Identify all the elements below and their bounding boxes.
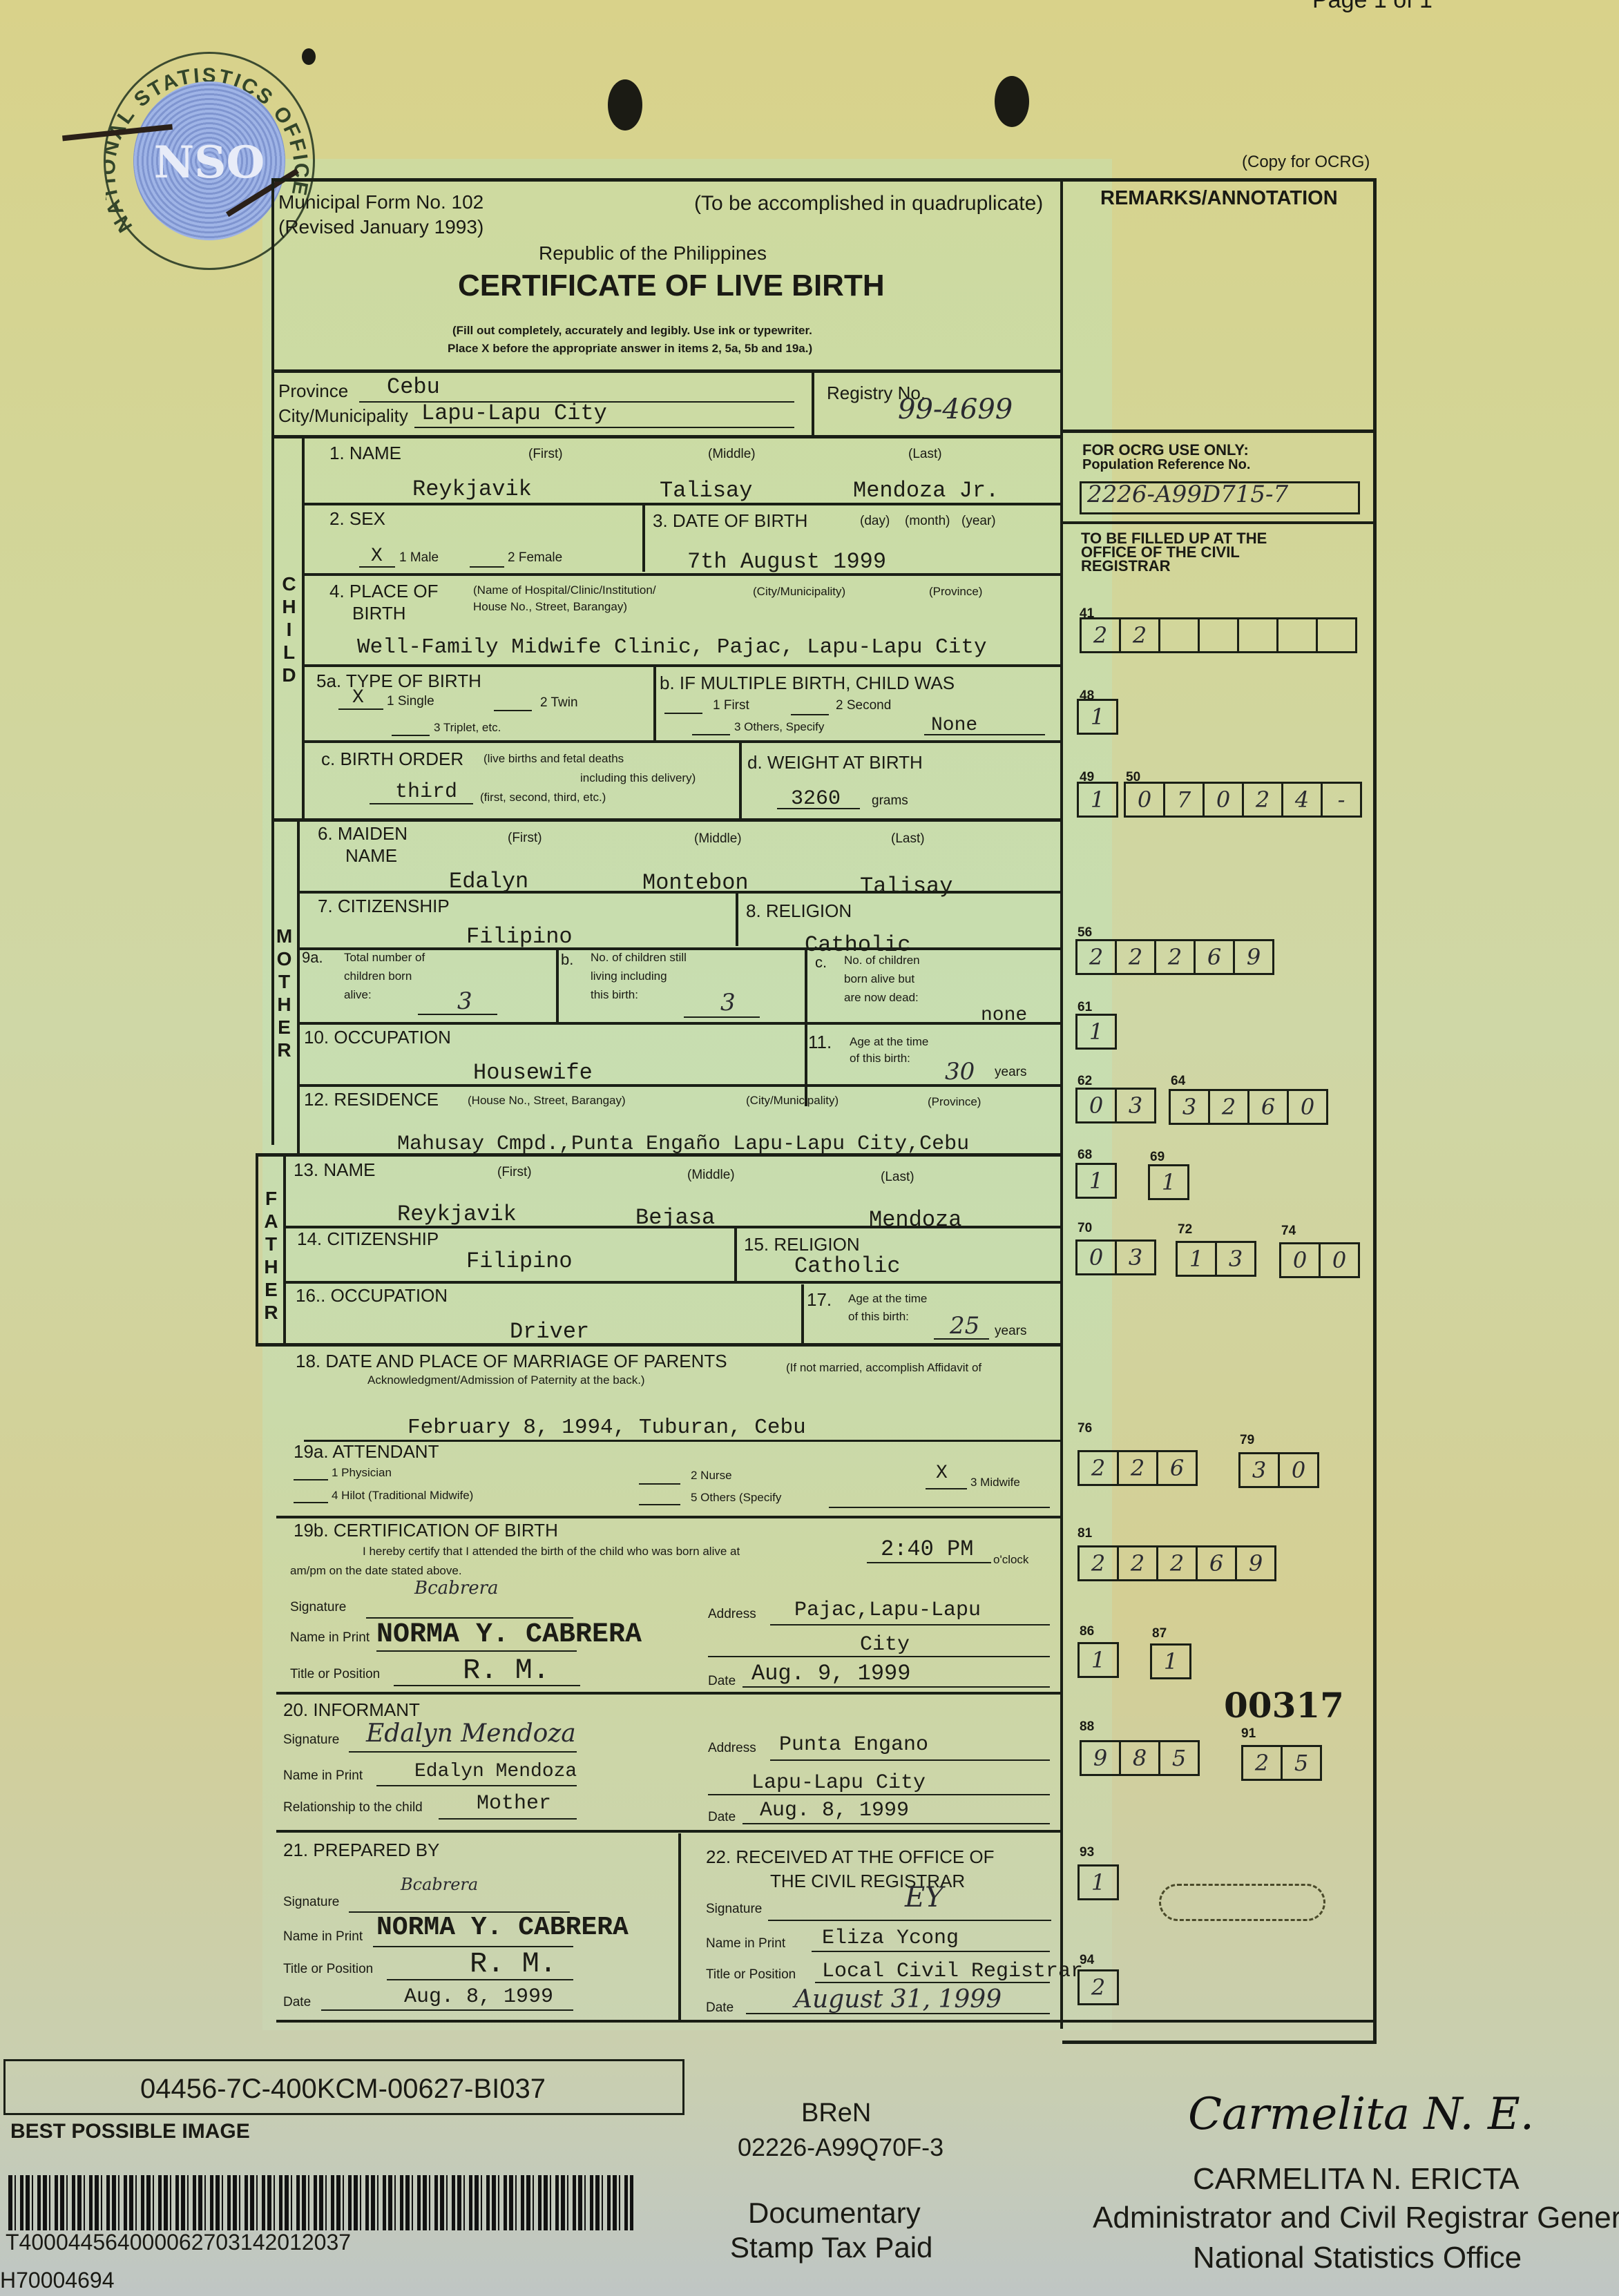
birth-order-value: third bbox=[395, 780, 457, 804]
instructions-line-1: (Fill out completely, accurately and leg… bbox=[452, 325, 812, 338]
underline bbox=[812, 1951, 1050, 1952]
divider bbox=[276, 1692, 1062, 1695]
form-revised: (Revised January 1993) bbox=[278, 217, 483, 238]
child-middle-name: Talisay bbox=[660, 478, 752, 503]
seal-logo: NSO bbox=[133, 137, 285, 189]
code-49-boxes: 1 bbox=[1079, 782, 1118, 818]
preparer-title-label: Title or Position bbox=[283, 1962, 373, 1977]
multiple-others-option: 3 Others, Specify bbox=[734, 721, 824, 734]
code-86-boxes: 1 bbox=[1080, 1642, 1119, 1678]
total-born-value: 3 bbox=[457, 987, 472, 1015]
code-64-boxes: 3260 bbox=[1171, 1089, 1328, 1125]
remarks-title: REMARKS/ANNOTATION bbox=[1100, 188, 1338, 210]
attendant-midwife-option: 3 Midwife bbox=[970, 1476, 1020, 1489]
registrar-general-signature: Carmelita N. E. bbox=[1188, 2089, 1534, 2140]
marriage-hint-1: (If not married, accomplish Affidavit of bbox=[786, 1362, 981, 1375]
underline bbox=[418, 1014, 497, 1015]
divider bbox=[739, 740, 742, 818]
total-born-text-3: alive: bbox=[344, 989, 372, 1002]
birth-order-hint-1: (live births and fetal deaths bbox=[483, 753, 624, 766]
stamp-tax-line-1: Documentary bbox=[748, 2197, 921, 2229]
underline bbox=[321, 2009, 573, 2011]
sex-male-option: 1 Male bbox=[399, 551, 439, 566]
divider bbox=[1062, 521, 1374, 524]
divider bbox=[256, 1343, 1062, 1347]
type-twin-option: 2 Twin bbox=[540, 696, 578, 711]
fill-up-note: TO BE FILLED UP AT THE OFFICE OF THE CIV… bbox=[1081, 532, 1267, 573]
seal-emblem: NSO bbox=[133, 81, 285, 240]
code-76-label: 76 bbox=[1077, 1421, 1092, 1436]
receiver-signature: EY bbox=[905, 1882, 943, 1913]
copy-for-ocrg: (Copy for OCRG) bbox=[1242, 153, 1370, 171]
divider bbox=[642, 503, 645, 572]
code-91-label: 91 bbox=[1241, 1726, 1256, 1742]
code-81-boxes: 22269 bbox=[1080, 1545, 1276, 1581]
underline bbox=[366, 1617, 573, 1619]
form-top-border bbox=[271, 178, 1377, 182]
child-last-name: Mendoza Jr. bbox=[853, 478, 999, 503]
underline bbox=[746, 2013, 1050, 2014]
father-name-label: 13. NAME bbox=[294, 1160, 376, 1180]
underline bbox=[294, 1502, 328, 1503]
divider bbox=[653, 664, 656, 740]
code-62-label: 62 bbox=[1077, 1074, 1092, 1089]
code-68-label: 68 bbox=[1077, 1148, 1092, 1163]
underline bbox=[376, 1785, 577, 1786]
page-indicator: Page 1 of 1 bbox=[1312, 0, 1433, 13]
stamp-number: 00317 bbox=[1224, 1685, 1344, 1726]
divider bbox=[297, 947, 1062, 950]
preparer-title-value: R. M. bbox=[470, 1947, 557, 1980]
underline bbox=[867, 1562, 991, 1563]
form-number: Municipal Form No. 102 bbox=[278, 192, 483, 213]
underline bbox=[394, 1685, 580, 1686]
preparer-date-label: Date bbox=[283, 1996, 311, 2010]
code-79-boxes: 30 bbox=[1240, 1452, 1319, 1488]
section-divider bbox=[256, 1153, 1062, 1157]
attendant-address-label: Address bbox=[708, 1608, 756, 1622]
divider bbox=[297, 1084, 1062, 1087]
middle-header: (Middle) bbox=[708, 447, 756, 462]
marriage-label: 18. DATE AND PLACE OF MARRIAGE OF PARENT… bbox=[296, 1351, 727, 1371]
underline bbox=[692, 734, 730, 735]
attendant-title-value: R. M. bbox=[463, 1654, 550, 1687]
attendant-midwife-mark[interactable]: X bbox=[936, 1463, 948, 1484]
father-age-unit: years bbox=[995, 1324, 1026, 1339]
form-bottom-border bbox=[276, 2020, 1374, 2023]
code-93-boxes: 1 bbox=[1080, 1864, 1119, 1900]
preparer-signature-label: Signature bbox=[283, 1895, 339, 1910]
living-label: b. bbox=[561, 952, 573, 968]
attendant-title-label: Title or Position bbox=[290, 1668, 380, 1682]
birth-order-label: c. BIRTH ORDER bbox=[321, 749, 463, 769]
underline bbox=[376, 1650, 577, 1652]
dotted-stamp-mark bbox=[1159, 1884, 1325, 1921]
code-94-label: 94 bbox=[1080, 1953, 1094, 1968]
type-triplet-option: 3 Triplet, etc. bbox=[434, 722, 501, 735]
divider bbox=[812, 372, 814, 437]
type-single-option: 1 Single bbox=[387, 695, 434, 709]
section-label-mother: MOTHER bbox=[274, 925, 294, 1066]
divider bbox=[736, 891, 738, 946]
divider bbox=[271, 435, 1062, 438]
code-56-label: 56 bbox=[1077, 925, 1092, 940]
informant-address-label: Address bbox=[708, 1742, 756, 1756]
province-label: Province bbox=[278, 381, 348, 401]
pob-header-1: (Name of Hospital/Clinic/Institution/ bbox=[473, 584, 656, 597]
birth-order-hint-3: (first, second, third, etc.) bbox=[480, 791, 606, 804]
underline bbox=[791, 714, 829, 715]
underline bbox=[684, 1016, 760, 1018]
underline bbox=[926, 1488, 967, 1489]
city-value: Lapu-Lapu City bbox=[421, 401, 607, 426]
dob-day-header: (day) bbox=[860, 514, 890, 529]
father-occupation-value: Driver bbox=[510, 1319, 589, 1344]
underline bbox=[392, 735, 430, 736]
weight-value: 3260 bbox=[791, 787, 841, 811]
informant-date-label: Date bbox=[708, 1811, 736, 1825]
section-label-child: CHILD bbox=[278, 573, 299, 691]
remarks-bottom-border bbox=[1062, 2041, 1377, 2044]
attendant-address-value-1: Pajac,Lapu-Lapu bbox=[794, 1599, 981, 1622]
divider bbox=[805, 947, 807, 1106]
sex-male-mark[interactable]: X bbox=[371, 546, 383, 567]
attendant-hilot-option: 4 Hilot (Traditional Midwife) bbox=[332, 1489, 473, 1503]
informant-signature-label: Signature bbox=[283, 1733, 339, 1748]
divider bbox=[276, 1516, 1062, 1518]
code-69-boxes: 1 bbox=[1150, 1164, 1189, 1200]
underline bbox=[470, 566, 504, 568]
pob-header-2: House No., Street, Barangay) bbox=[473, 601, 627, 614]
barcode bbox=[8, 2175, 633, 2230]
receiver-name-value: Eliza Ycong bbox=[822, 1927, 959, 1950]
underline bbox=[815, 1982, 1050, 1983]
divider bbox=[302, 573, 1062, 576]
multiple-birth-label: b. IF MULTIPLE BIRTH, CHILD WAS bbox=[660, 673, 955, 693]
mother-age-unit: years bbox=[995, 1065, 1026, 1080]
code-88-label: 88 bbox=[1080, 1719, 1094, 1735]
informant-date-value: Aug. 8, 1999 bbox=[760, 1799, 909, 1822]
certification-label: 19b. CERTIFICATION OF BIRTH bbox=[294, 1521, 558, 1541]
underline bbox=[349, 1751, 577, 1753]
underline bbox=[743, 1686, 1050, 1688]
residence-header-2: (City/Municipality) bbox=[746, 1094, 839, 1108]
divider bbox=[302, 664, 1062, 667]
marriage-value: February 8, 1994, Tuburan, Cebu bbox=[408, 1416, 806, 1440]
code-56-boxes: 22269 bbox=[1077, 939, 1274, 975]
receiver-name-label: Name in Print bbox=[706, 1937, 785, 1951]
punch-hole bbox=[995, 76, 1029, 127]
code-70-label: 70 bbox=[1077, 1221, 1092, 1236]
certification-text-2: am/pm on the date stated above. bbox=[290, 1565, 462, 1578]
divider bbox=[734, 1226, 737, 1281]
residence-header-3: (Province) bbox=[928, 1096, 981, 1109]
underline bbox=[387, 1979, 573, 1980]
divider bbox=[302, 740, 1062, 743]
informant-address-value-2: Lapu-Lapu City bbox=[751, 1771, 926, 1795]
father-occupation-label: 16.. OCCUPATION bbox=[296, 1286, 448, 1306]
code-87-label: 87 bbox=[1152, 1626, 1167, 1641]
preparer-signature: Bcabrera bbox=[401, 1875, 478, 1894]
pob-label-2: BIRTH bbox=[352, 604, 406, 624]
underline bbox=[708, 1794, 1050, 1795]
dob-label: 3. DATE OF BIRTH bbox=[653, 511, 807, 531]
stamp-tax-line-2: Stamp Tax Paid bbox=[730, 2232, 932, 2264]
father-age-label: 17. bbox=[807, 1290, 832, 1310]
underline bbox=[777, 808, 860, 809]
residence-value: Mahusay Cmpd.,Punta Engaño Lapu-Lapu Cit… bbox=[397, 1132, 969, 1156]
dob-value: 7th August 1999 bbox=[687, 549, 886, 575]
instructions-line-2: Place X before the appropriate answer in… bbox=[448, 343, 812, 356]
divider bbox=[297, 1022, 1062, 1025]
document-title: CERTIFICATE OF LIVE BIRTH bbox=[458, 269, 885, 302]
father-first-name: Reykjavik bbox=[397, 1202, 517, 1227]
first-header: (First) bbox=[508, 831, 542, 846]
living-text-2: living including bbox=[591, 970, 667, 983]
pop-ref-label: Population Reference No. bbox=[1082, 457, 1250, 472]
residence-label: 12. RESIDENCE bbox=[304, 1090, 439, 1110]
punch-hole bbox=[608, 79, 642, 131]
control-number: 04456-7C-400KCM-00627-BI037 bbox=[140, 2074, 546, 2105]
underline bbox=[294, 1479, 328, 1480]
divider bbox=[276, 1830, 1062, 1833]
underline bbox=[924, 734, 1045, 735]
signatory-office: National Statistics Office bbox=[1193, 2241, 1522, 2275]
informant-address-value-1: Punta Engano bbox=[779, 1733, 928, 1757]
dead-text-3: are now dead: bbox=[844, 992, 919, 1005]
type-of-birth-label: 5a. TYPE OF BIRTH bbox=[316, 671, 481, 691]
best-image-label: BEST POSSIBLE IMAGE bbox=[10, 2120, 250, 2143]
marriage-hint-2: Acknowledgment/Admission of Paternity at… bbox=[367, 1374, 645, 1387]
informant-name-value: Edalyn Mendoza bbox=[414, 1761, 577, 1782]
type-single-mark[interactable]: X bbox=[352, 687, 364, 708]
underline bbox=[359, 566, 395, 568]
ocrg-title: FOR OCRG USE ONLY: bbox=[1082, 442, 1249, 459]
attendant-name-value: NORMA Y. CABRERA bbox=[376, 1619, 642, 1650]
multiple-second-option: 2 Second bbox=[836, 699, 891, 713]
underline bbox=[829, 1507, 1050, 1508]
first-header: (First) bbox=[528, 447, 563, 462]
total-born-label: 9a. bbox=[302, 949, 323, 966]
section-column-border bbox=[283, 1153, 286, 1343]
attendant-name-label: Name in Print bbox=[290, 1631, 370, 1646]
bren-value: 02226-A99Q70F-3 bbox=[738, 2134, 943, 2161]
section-label-father: FATHER bbox=[260, 1188, 281, 1329]
code-72-label: 72 bbox=[1178, 1222, 1192, 1237]
mother-occupation-value: Housewife bbox=[473, 1060, 593, 1086]
underline bbox=[639, 1483, 680, 1485]
father-last-name: Mendoza bbox=[869, 1207, 961, 1233]
divider bbox=[302, 503, 1062, 505]
father-age-text-2: of this birth: bbox=[848, 1311, 909, 1324]
multiple-first-option: 1 First bbox=[713, 699, 749, 713]
attendant-physician-option: 1 Physician bbox=[332, 1467, 392, 1480]
sex-label: 2. SEX bbox=[329, 509, 385, 529]
code-61-label: 61 bbox=[1077, 1000, 1092, 1015]
underline bbox=[708, 1656, 1050, 1657]
form-left-border bbox=[256, 1153, 258, 1343]
attendant-date-value: Aug. 9, 1999 bbox=[751, 1661, 910, 1686]
serial-number: H70004694 bbox=[0, 2268, 114, 2293]
section-column-border bbox=[297, 818, 300, 1153]
receiver-date-label: Date bbox=[706, 2001, 734, 2016]
dob-month-header: (month) bbox=[905, 514, 950, 529]
birth-time-value: 2:40 PM bbox=[881, 1536, 973, 1562]
attendant-address-value-2: City bbox=[860, 1633, 910, 1657]
underline bbox=[439, 1818, 577, 1820]
certification-text-1: I hereby certify that I attended the bir… bbox=[363, 1545, 740, 1559]
underline bbox=[743, 1823, 1050, 1824]
living-text-1: No. of children still bbox=[591, 952, 687, 965]
code-79-label: 79 bbox=[1240, 1433, 1254, 1448]
receiver-date-value: August 31, 1999 bbox=[794, 1985, 1002, 2014]
mother-age-text-2: of this birth: bbox=[850, 1052, 910, 1065]
province-value: Cebu bbox=[387, 374, 440, 400]
attendant-nurse-option: 2 Nurse bbox=[691, 1469, 732, 1483]
code-93-label: 93 bbox=[1080, 1845, 1094, 1860]
received-label-1: 22. RECEIVED AT THE OFFICE OF bbox=[706, 1847, 995, 1867]
underline bbox=[639, 1504, 680, 1505]
code-81-label: 81 bbox=[1077, 1526, 1092, 1541]
code-74-boxes: 00 bbox=[1281, 1242, 1360, 1278]
pop-ref-value: 2226-A99D715-7 bbox=[1087, 481, 1288, 508]
child-first-name: Reykjavik bbox=[412, 476, 532, 502]
attendant-signature: Bcabrera bbox=[414, 1578, 499, 1599]
republic-label: Republic of the Philippines bbox=[539, 243, 767, 264]
code-48-boxes: 1 bbox=[1079, 699, 1118, 735]
attendant-label: 19a. ATTENDANT bbox=[294, 1442, 439, 1462]
code-88-boxes: 985 bbox=[1082, 1740, 1200, 1776]
signatory-title: Administrator and Civil Registrar Genera… bbox=[1093, 2201, 1619, 2235]
informant-signature: Edalyn Mendoza bbox=[366, 1719, 576, 1748]
living-text-3: this birth: bbox=[591, 989, 638, 1002]
bren-label: BReN bbox=[801, 2099, 871, 2128]
receiver-title-label: Title or Position bbox=[706, 1968, 796, 1983]
pob-label: 4. PLACE OF bbox=[329, 581, 439, 601]
maiden-name-label-2: NAME bbox=[345, 846, 397, 866]
underline bbox=[664, 713, 702, 714]
city-label: City/Municipality bbox=[278, 406, 408, 426]
code-87-boxes: 1 bbox=[1152, 1643, 1191, 1679]
mother-religion-label: 8. RELIGION bbox=[746, 901, 852, 921]
preparer-name-value: NORMA Y. CABRERA bbox=[376, 1913, 629, 1942]
total-born-text-2: children born bbox=[344, 970, 412, 983]
informant-relationship-label: Relationship to the child bbox=[283, 1801, 423, 1815]
underline bbox=[338, 708, 383, 710]
attendant-signature-label: Signature bbox=[290, 1601, 346, 1615]
underline bbox=[494, 710, 532, 711]
mother-age-text-1: Age at the time bbox=[850, 1036, 928, 1049]
code-61-boxes: 1 bbox=[1077, 1014, 1117, 1050]
quadruplicate-note: (To be accomplished in quadruplicate) bbox=[694, 192, 1043, 215]
sex-female-option: 2 Female bbox=[508, 551, 562, 566]
code-62-boxes: 03 bbox=[1077, 1088, 1156, 1123]
code-50-boxes: 07024- bbox=[1126, 782, 1362, 818]
code-94-boxes: 2 bbox=[1080, 1969, 1119, 2005]
first-header: (First) bbox=[497, 1166, 532, 1180]
father-religion-value: Catholic bbox=[794, 1253, 901, 1279]
underline bbox=[934, 1338, 989, 1340]
dob-year-header: (year) bbox=[961, 514, 996, 529]
informant-relationship-value: Mother bbox=[477, 1792, 551, 1815]
total-born-text-1: Total number of bbox=[344, 952, 425, 965]
code-72-boxes: 13 bbox=[1178, 1241, 1256, 1277]
middle-header: (Middle) bbox=[687, 1168, 735, 1183]
residence-header-1: (House No., Street, Barangay) bbox=[468, 1094, 626, 1108]
father-citizenship-label: 14. CITIZENSHIP bbox=[297, 1229, 439, 1249]
father-religion-label: 15. RELIGION bbox=[744, 1235, 860, 1255]
last-header: (Last) bbox=[908, 447, 942, 462]
barcode-text: T400044564000062703142012037 bbox=[6, 2230, 351, 2255]
registry-value: 99-4699 bbox=[898, 394, 1013, 425]
form-divider-vertical bbox=[1060, 178, 1063, 2029]
last-header: (Last) bbox=[891, 832, 925, 847]
last-header: (Last) bbox=[881, 1170, 914, 1185]
code-68-boxes: 1 bbox=[1077, 1163, 1117, 1199]
preparer-name-label: Name in Print bbox=[283, 1930, 363, 1945]
informant-label: 20. INFORMANT bbox=[283, 1700, 420, 1720]
divider bbox=[1062, 430, 1374, 433]
middle-header: (Middle) bbox=[694, 832, 742, 847]
pop-ref-field: 2226-A99D715-7 bbox=[1080, 481, 1360, 514]
dead-text-2: born alive but bbox=[844, 973, 914, 986]
informant-name-label: Name in Print bbox=[283, 1769, 363, 1784]
code-70-boxes: 03 bbox=[1077, 1239, 1156, 1275]
pob-city-header: (City/Municipality) bbox=[753, 586, 845, 599]
child-name-label: 1. NAME bbox=[329, 443, 401, 463]
underline bbox=[768, 1920, 1051, 1921]
receiver-signature-label: Signature bbox=[706, 1902, 762, 1917]
dead-label: c. bbox=[815, 954, 827, 971]
divider bbox=[678, 1833, 681, 2020]
signatory-name: CARMELITA N. ERICTA bbox=[1193, 2163, 1520, 2196]
code-69-label: 69 bbox=[1150, 1150, 1165, 1165]
divider bbox=[283, 1281, 1062, 1284]
section-column-border bbox=[302, 435, 305, 818]
father-citizenship-value: Filipino bbox=[466, 1248, 573, 1274]
code-74-label: 74 bbox=[1281, 1224, 1296, 1239]
underline bbox=[414, 427, 794, 428]
code-86-label: 86 bbox=[1080, 1624, 1094, 1639]
father-age-text-1: Age at the time bbox=[848, 1293, 927, 1306]
mother-last-name: Talisay bbox=[860, 874, 952, 899]
birth-order-hint-2: including this delivery) bbox=[580, 772, 696, 785]
code-64-label: 64 bbox=[1171, 1074, 1185, 1089]
mother-citizenship-label: 7. CITIZENSHIP bbox=[318, 896, 450, 916]
divider bbox=[801, 1284, 804, 1343]
attendant-date-label: Date bbox=[708, 1675, 736, 1689]
maiden-name-label: 6. MAIDEN bbox=[318, 824, 408, 844]
prepared-by-label: 21. PREPARED BY bbox=[283, 1840, 439, 1860]
pob-province-header: (Province) bbox=[929, 586, 982, 599]
section-divider bbox=[271, 818, 1062, 822]
weight-unit: grams bbox=[872, 794, 908, 809]
underline bbox=[370, 803, 473, 804]
multiple-others-value: None bbox=[931, 715, 977, 736]
father-age-value: 25 bbox=[950, 1312, 979, 1340]
underline bbox=[770, 1759, 1050, 1761]
mother-age-label: 11. bbox=[808, 1032, 832, 1052]
oclock-label: o'clock bbox=[993, 1554, 1028, 1567]
divider bbox=[556, 947, 559, 1022]
control-number-box: 04456-7C-400KCM-00627-BI037 bbox=[3, 2059, 684, 2115]
divider bbox=[271, 369, 1062, 373]
preparer-date-value: Aug. 8, 1999 bbox=[404, 1985, 553, 2009]
weight-label: d. WEIGHT AT BIRTH bbox=[747, 753, 923, 773]
divider bbox=[297, 891, 1062, 894]
receiver-title-value: Local Civil Registrar bbox=[822, 1960, 1083, 1983]
mother-age-value: 30 bbox=[945, 1058, 975, 1086]
